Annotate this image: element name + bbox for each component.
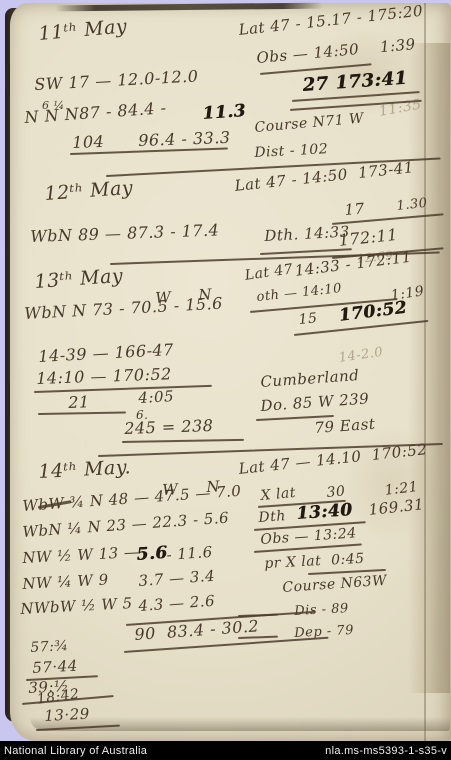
manuscript-line: 3.7 — 3.4 (138, 569, 216, 589)
manuscript-line: NW ½ W 13 — (22, 545, 140, 566)
ink-stroke (122, 439, 244, 443)
manuscript-line: 14:10 — 170:52 (36, 366, 172, 387)
manuscript-line: 172:11 (338, 227, 399, 249)
ink-stroke (38, 411, 126, 414)
manuscript-line: 57:¾ (30, 639, 69, 655)
manuscript-line: 21 (68, 394, 90, 411)
manuscript-line: SW 17 — 12.0-12.0 (34, 68, 199, 93)
manuscript-line: 12ᵗʰ May (44, 179, 134, 204)
manuscript-line: NW ¼ W 9 (22, 572, 109, 591)
page-top-edge (55, 3, 323, 12)
manuscript-line: Do. 85 W 239 (260, 391, 370, 414)
manuscript-line: 96.4 - 33.3 (138, 130, 231, 149)
page-bottom-shadow (30, 717, 450, 731)
manuscript-line: Obs — 14:50 1:39 (256, 37, 416, 66)
manuscript-line: 4:05 (138, 389, 174, 406)
manuscript-line: 5.6 (136, 545, 168, 564)
manuscript-line: 14ᵗʰ May. (38, 458, 132, 482)
manuscript-line: Lat 47 (244, 262, 294, 283)
paper-stain (408, 43, 450, 693)
manuscript-line: 18:42 (36, 687, 80, 707)
manuscript-line: 27 173:41 (302, 70, 408, 95)
ink-stroke (260, 248, 352, 254)
manuscript-line: 1.30 (396, 197, 428, 213)
manuscript-line: Dis - 89 (294, 602, 349, 618)
page-fold-line (424, 3, 426, 741)
manuscript-line: 104 (72, 134, 105, 151)
manuscript-line: 14-39 — 166-47 (38, 342, 174, 365)
manuscript-line: - 11.6 (166, 545, 213, 563)
manuscript-line: Course N71 W (254, 111, 364, 135)
manuscript-line: NWbW ½ W 5 (20, 596, 133, 617)
manuscript-line: 4.3 — 2.6 (138, 594, 216, 614)
manuscript-line: 57·44 (32, 659, 78, 676)
manuscript-line: WbN 89 — 87.3 - 17.4 (30, 222, 220, 245)
manuscript-line: 15 (298, 311, 318, 327)
scanned-page: { "footer": { "library_name": "National … (0, 0, 451, 760)
manuscript-line: 30 (326, 484, 346, 500)
manuscript-line: Lat 47 - 14:50 173-41 (234, 160, 415, 194)
manuscript-line: 14-2.0 (338, 346, 384, 365)
manuscript-line: WbN N 73 - 70.5 - 15.6 (24, 296, 223, 322)
viewer-frame: 11ᵗʰ MayLat 47 - 15.17 - 175:20Obs — 14:… (0, 0, 451, 760)
manuscript-line: 17 (344, 202, 365, 218)
manuscript-line: 13·29 (44, 707, 90, 724)
viewer-footer: National Library of Australia nla.ms-ms5… (0, 741, 451, 760)
manuscript-line: 11.3 (202, 103, 246, 123)
manuscript-line: X lat (260, 486, 296, 503)
manuscript-line: WbN ¼ N 23 — 22.3 - 5.6 (22, 511, 230, 540)
manuscript-line: 11ᵗʰ May (38, 17, 128, 44)
image-id: nla.ms-ms5393-1-s35-v (325, 745, 447, 757)
library-name: National Library of Australia (4, 745, 147, 757)
manuscript-line: 13:40 (296, 502, 353, 523)
manuscript-line: 245 = 238 (124, 418, 214, 437)
manuscript-line: 169.31 (368, 497, 425, 518)
manuscript-paper: 11ᵗʰ MayLat 47 - 15.17 - 175:20Obs — 14:… (10, 3, 451, 741)
manuscript-line: oth — 14:10 (256, 282, 343, 304)
manuscript-line: 79 East (314, 417, 376, 436)
ink-stroke (36, 725, 120, 731)
manuscript-line: Dth (258, 509, 286, 525)
ink-stroke (238, 636, 278, 639)
manuscript-line: Course N63W (282, 574, 387, 595)
manuscript-line: 13ᵗʰ May (34, 267, 124, 292)
manuscript-line: pr X lat 0:45 (264, 552, 365, 571)
manuscript-line: Cumberland (260, 368, 360, 390)
manuscript-line: Dist - 102 (254, 142, 329, 160)
